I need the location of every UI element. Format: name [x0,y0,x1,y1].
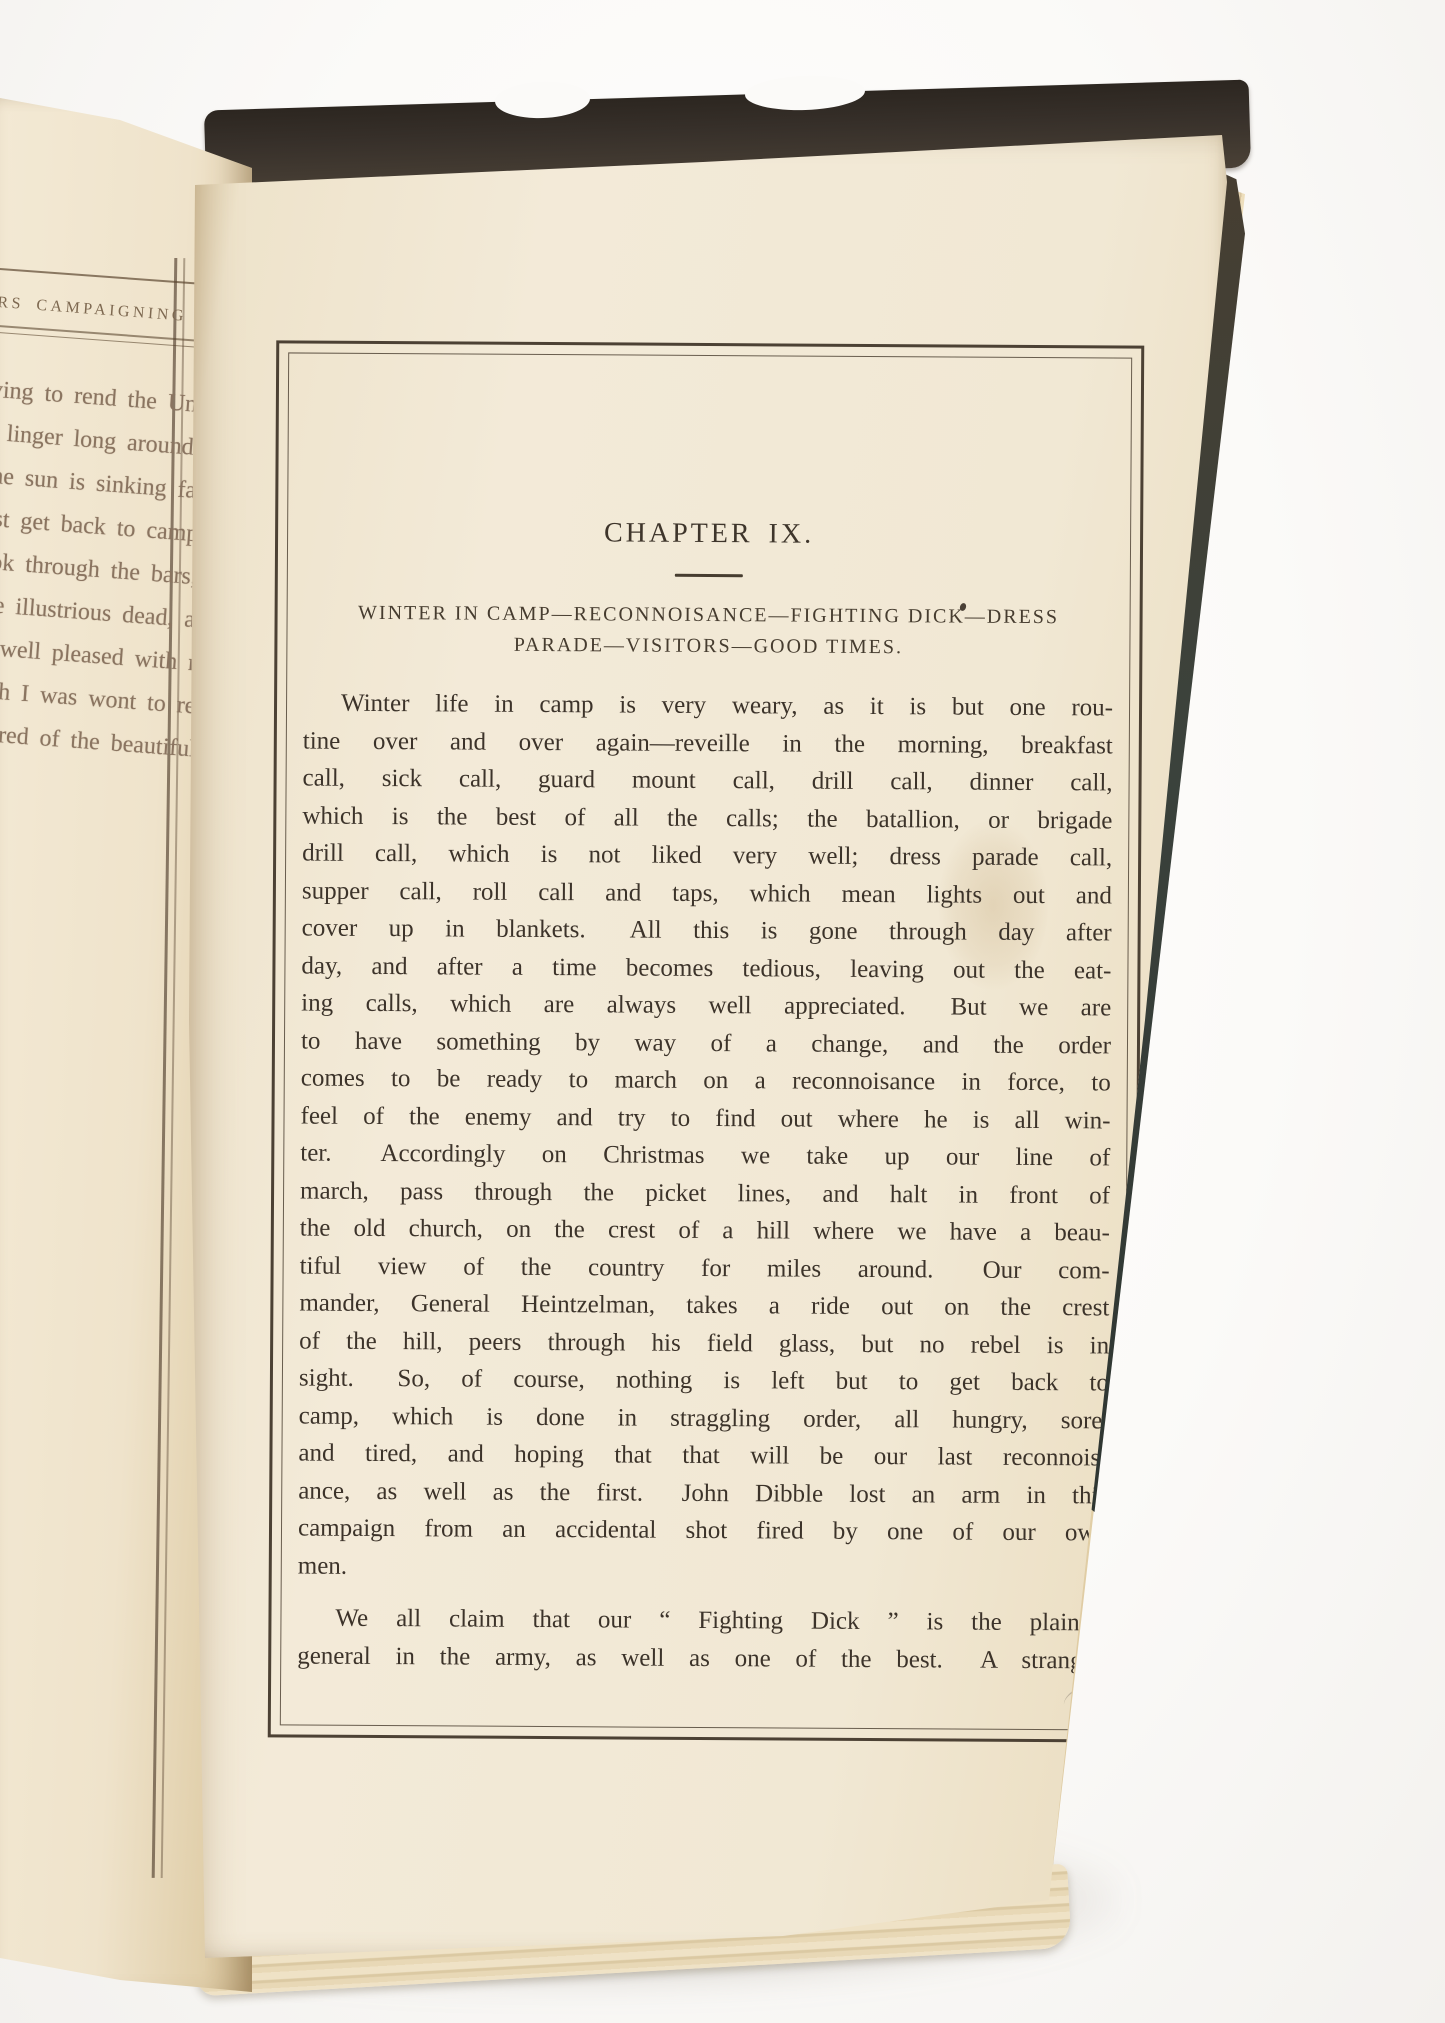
text-line: comes to be ready to march on a reconnoi… [301,1060,1111,1102]
text-line: feel of the enemy and try to find out wh… [300,1097,1110,1139]
text-line: supper call, roll call and taps, which m… [302,872,1112,914]
book-photograph: RS CAMPAIGNING ying to rend the Union as… [0,0,1445,2023]
chapter-heading: CHAPTER IX. [304,516,1114,553]
body-text: Winter life in camp is very weary, as it… [297,685,1113,1680]
text-line: day, and after a time becomes tedious, l… [301,947,1111,989]
text-line: to have something by way of a change, an… [301,1022,1111,1064]
subtitle-line: WINTER IN CAMP—RECONNOISANCE—FIGHTING DI… [304,598,1114,634]
text-line: ing calls, which are always well appreci… [301,985,1111,1027]
left-page-text: ying to rend the Union asu I linger long… [0,369,220,772]
text-line: tiful view of the country for miles arou… [300,1247,1110,1289]
right-page: CHAPTER IX. WINTER IN CAMP—RECONNOISANCE… [183,120,1231,1965]
text-line: Winter life in camp is very weary, as it… [303,685,1113,727]
text-line: and tired, and hoping that that will be … [298,1435,1108,1477]
text-line: call, sick call, guard mount call, drill… [302,760,1112,802]
text-line: mander, General Heintzelman, takes a rid… [299,1285,1109,1327]
left-page-running-header: RS CAMPAIGNING [0,294,225,329]
text-line: of the hill, peers through his field gla… [299,1322,1109,1364]
text-line: men. [298,1547,1108,1589]
text-line: march, pass through the picket lines, an… [300,1172,1110,1214]
text-line: camp, which is done in straggling order,… [299,1397,1109,1439]
page-border-frame: CHAPTER IX. WINTER IN CAMP—RECONNOISANCE… [268,340,1145,1742]
text-line: ter. Accordingly on Christmas we take up… [300,1135,1110,1177]
text-line: drill call, which is not liked very well… [302,835,1112,877]
text-line: ance, as well as the first. John Dibble … [298,1472,1108,1514]
text-line: sight. So, of course, nothing is left bu… [299,1360,1109,1402]
text-line: cover up in blankets. All this is gone t… [302,910,1112,952]
text-line: which is the best of all the calls; the … [302,797,1112,839]
section-divider-rule [675,574,743,577]
text-line: general in the army, as well as one of t… [297,1637,1107,1679]
text-line: We all claim that our “ Fighting Dick ” … [297,1600,1107,1642]
page-text-block: CHAPTER IX. WINTER IN CAMP—RECONNOISANCE… [271,343,1141,1739]
text-line: tine over and over again—reveille in the… [303,722,1113,764]
subtitle-line: PARADE—VISITORS—GOOD TIMES. [303,629,1113,665]
text-line: campaign from an accidental shot fired b… [298,1510,1108,1552]
text-line: the old church, on the crest of a hill w… [300,1210,1110,1252]
chapter-subtitle: WINTER IN CAMP—RECONNOISANCE—FIGHTING DI… [303,598,1113,665]
